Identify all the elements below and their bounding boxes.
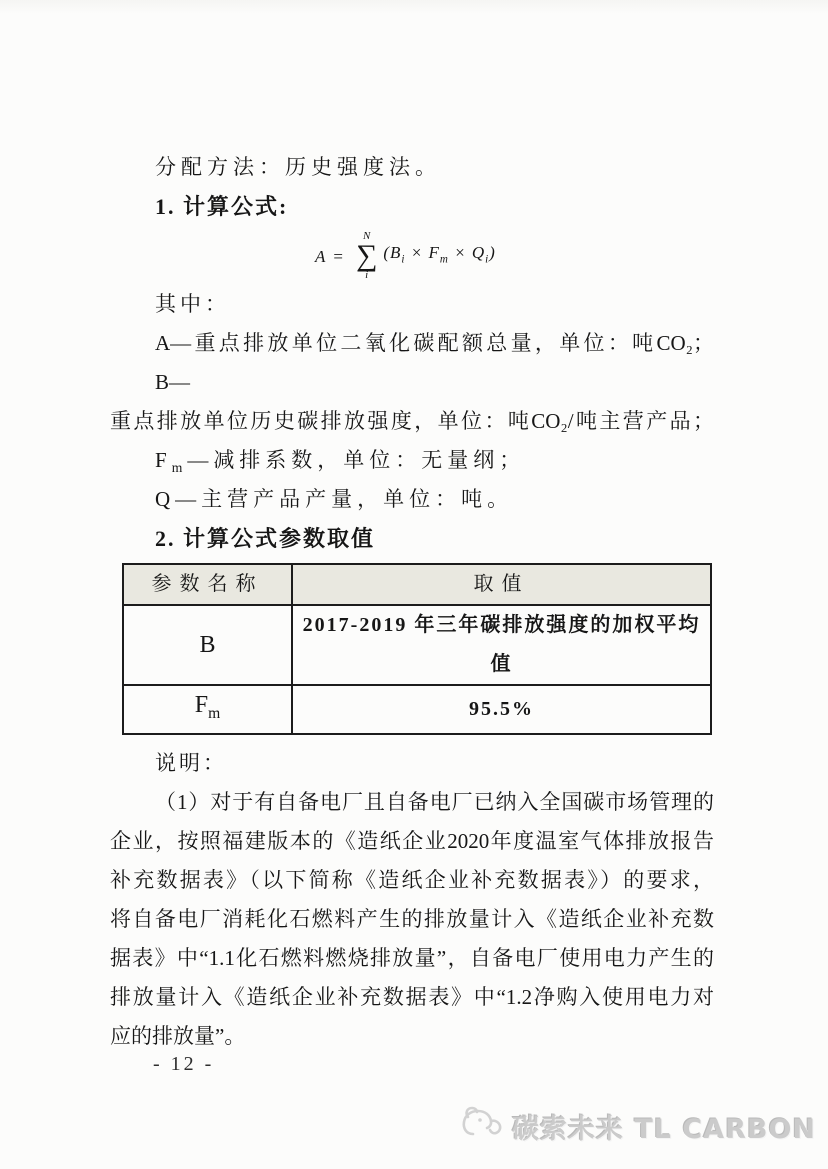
sum-lower-index: i xyxy=(365,270,369,281)
definition-a: A—重点排放单位二氧化碳配额总量，单位：吨CO₂； xyxy=(110,324,714,363)
note-line: 应的排放量”。 xyxy=(110,1017,714,1056)
definition-b-lead: B— xyxy=(110,363,714,402)
note-line: 据表》中“1.1化石燃料燃烧排放量”，自备电厂使用电力产生的 xyxy=(110,939,714,978)
table-row: Fm 95.5% xyxy=(123,685,711,734)
definition-b-rest: 重点排放单位历史碳排放强度，单位：吨CO₂/吨主营产品； xyxy=(110,402,714,441)
section2-heading: 2. 计算公式参数取值 xyxy=(110,519,714,559)
definition-q: Q—主营产品产量，单位：吨。 xyxy=(110,480,714,519)
formula-equals: = xyxy=(333,237,344,276)
param-fm-cell: Fm xyxy=(123,685,292,734)
param-fm-value-cell: 95.5% xyxy=(292,685,711,734)
document-page: 分配方法：历史强度法。 1. 计算公式: A = N ∑ i (Bi × Fm … xyxy=(0,0,828,1169)
document-body: 分配方法：历史强度法。 1. 计算公式: A = N ∑ i (Bi × Fm … xyxy=(110,148,714,1056)
note-line: 将自备电厂消耗化石燃料产生的排放量计入《造纸企业补充数 xyxy=(110,900,714,939)
table-header-row: 参数名称 取值 xyxy=(123,564,711,605)
sigma-sum-symbol: N ∑ i xyxy=(356,231,378,282)
header-param-name: 参数名称 xyxy=(123,564,292,605)
header-value: 取值 xyxy=(292,564,711,605)
note-line: （1）对于有自备电厂且自备电厂已纳入全国碳市场管理的 xyxy=(110,783,714,822)
where-label: 其中： xyxy=(110,285,714,324)
allocation-formula: A = N ∑ i (Bi × Fm × Qi) xyxy=(110,227,714,285)
sum-sigma-glyph: ∑ xyxy=(356,242,378,271)
brand-text: 碳索未来 TL CARBON xyxy=(512,1107,816,1146)
definition-f: Fm—减排系数，单位：无量纲； xyxy=(110,441,714,480)
note-line: 企业，按照福建版本的《造纸企业2020年度温室气体排放报告 xyxy=(110,822,714,861)
allocation-method-line: 分配方法：历史强度法。 xyxy=(110,148,714,187)
notes-label: 说明： xyxy=(110,744,714,783)
note-line: 排放量计入《造纸企业补充数据表》中“1.2净购入使用电力对 xyxy=(110,978,714,1017)
param-b-cell: B xyxy=(123,605,292,685)
formula-lhs: A xyxy=(315,237,326,276)
note-line: 补充数据表》（以下简称《造纸企业补充数据表》）的要求， xyxy=(110,861,714,900)
param-b-value-cell: 2017-2019 年三年碳排放强度的加权平均值 xyxy=(292,605,711,685)
parameter-table: 参数名称 取值 B 2017-2019 年三年碳排放强度的加权平均值 Fm 95… xyxy=(122,563,712,735)
elephant-logo-icon xyxy=(459,1103,505,1150)
brand-watermark: 碳索未来 TL CARBON xyxy=(459,1103,816,1150)
table-row: B 2017-2019 年三年碳排放强度的加权平均值 xyxy=(123,605,711,685)
section1-heading: 1. 计算公式: xyxy=(110,187,714,227)
page-number: - 12 - xyxy=(153,1053,214,1076)
formula-term: (Bi × Fm × Qi) xyxy=(383,233,495,279)
